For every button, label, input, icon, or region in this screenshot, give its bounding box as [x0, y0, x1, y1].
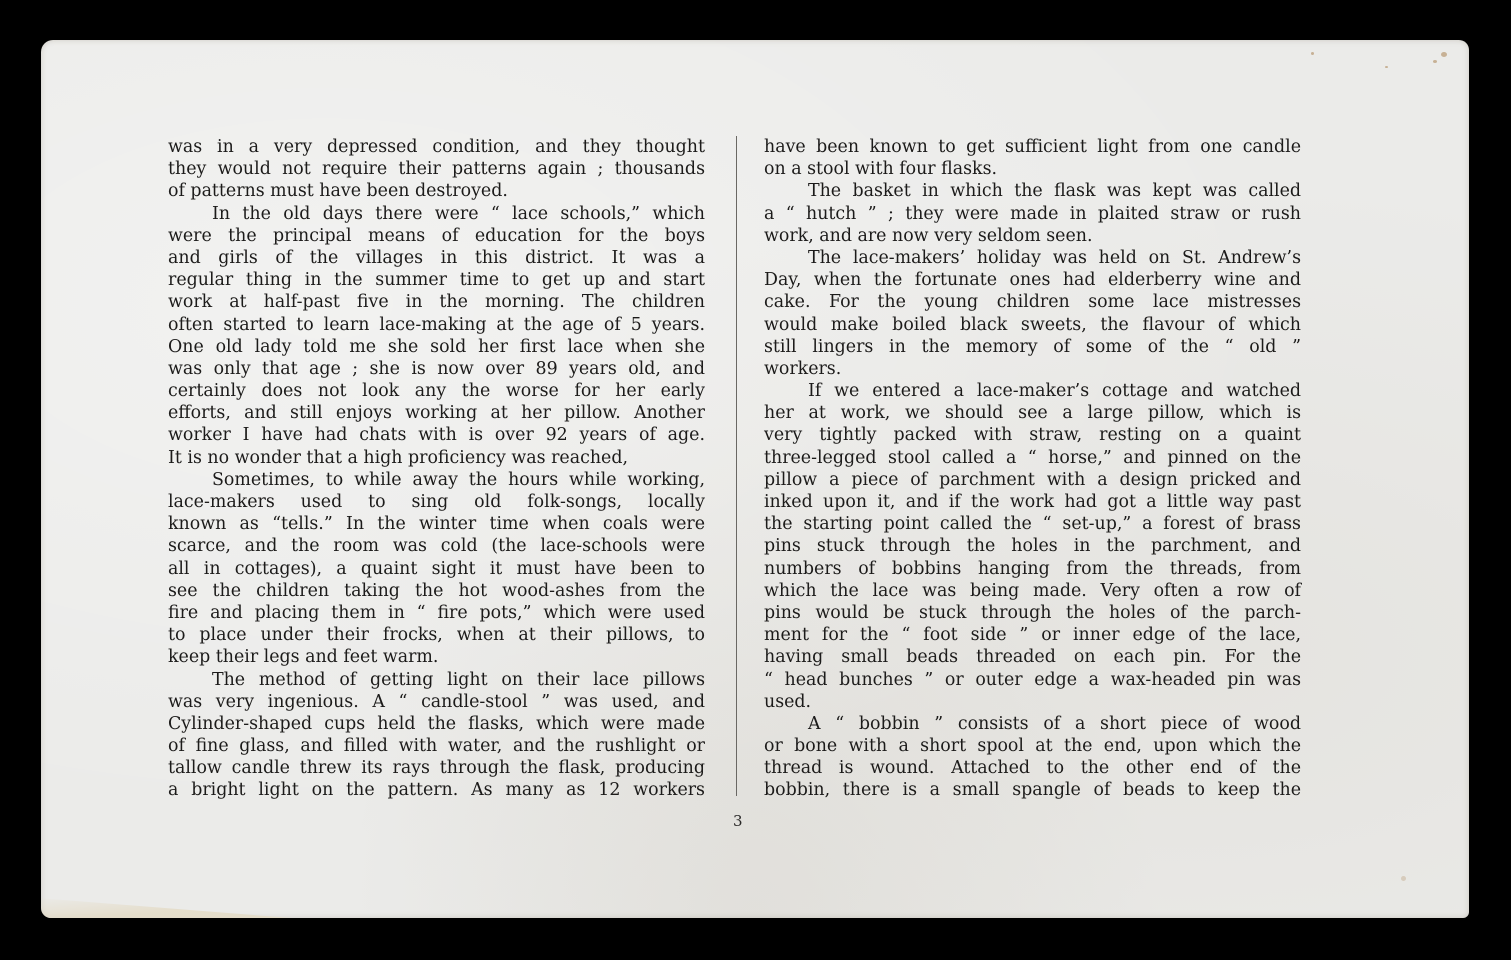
text-line: It is no wonder that a high proficiency … — [168, 447, 705, 469]
text-line: still lingers in the memory of some of t… — [764, 336, 1301, 358]
text-line: regular thing in the summer time to get … — [168, 269, 705, 291]
foxing-spot — [1385, 66, 1388, 68]
text-line: worker I have had chats with is over 92 … — [168, 424, 705, 446]
text-line: all in cottages), a quaint sight it must… — [168, 558, 705, 580]
column-divider — [736, 136, 737, 796]
text-line: her at work, we should see a large pillo… — [764, 402, 1301, 424]
text-line: numbers of bobbins hanging from the thre… — [764, 558, 1301, 580]
text-line: three-legged stool called a “ horse,” an… — [764, 447, 1301, 469]
text-line: The method of getting light on their lac… — [168, 669, 705, 691]
foxing-spot — [1433, 60, 1437, 63]
foxing-spot — [1311, 52, 1314, 55]
text-line: Sometimes, to while away the hours while… — [168, 469, 705, 491]
text-line: was only that age ; she is now over 89 y… — [168, 358, 705, 380]
foxing-spot — [1441, 52, 1447, 57]
text-line: One old lady told me she sold her first … — [168, 336, 705, 358]
text-line: the starting point called the “ set-up,”… — [764, 513, 1301, 535]
text-line: known as “tells.” In the winter time whe… — [168, 513, 705, 535]
text-line: cake. For the young children some lace m… — [764, 291, 1301, 313]
text-line: Cylinder-shaped cups held the flasks, wh… — [168, 713, 705, 735]
left-text-column: was in a very depressed condition, and t… — [168, 136, 705, 802]
text-line: thread is wound. Attached to the other e… — [764, 757, 1301, 779]
text-line: Day, when the fortunate ones had elderbe… — [764, 269, 1301, 291]
text-line: a bright light on the pattern. As many a… — [168, 779, 705, 801]
text-line: used. — [764, 691, 1301, 713]
foxing-spot — [1401, 876, 1406, 881]
text-line: The basket in which the flask was kept w… — [764, 180, 1301, 202]
text-line: on a stool with four flasks. — [764, 158, 1301, 180]
text-line: lace-makers used to sing old folk-songs,… — [168, 491, 705, 513]
text-line: would make boiled black sweets, the flav… — [764, 314, 1301, 336]
text-line: and girls of the villages in this distri… — [168, 247, 705, 269]
text-line: “ head bunches ” or outer edge a wax-hea… — [764, 669, 1301, 691]
text-line: work, and are now very seldom seen. — [764, 225, 1301, 247]
text-line: If we entered a lace-maker’s cottage and… — [764, 380, 1301, 402]
text-line: pins stuck through the holes in the parc… — [764, 535, 1301, 557]
text-line: bobbin, there is a small spangle of bead… — [764, 779, 1301, 801]
text-line: work at half-past five in the morning. T… — [168, 291, 705, 313]
text-line: very tightly packed with straw, resting … — [764, 424, 1301, 446]
text-line: workers. — [764, 358, 1301, 380]
text-line: or bone with a short spool at the end, u… — [764, 735, 1301, 757]
text-line: a “ hutch ” ; they were made in plaited … — [764, 203, 1301, 225]
text-line: was in a very depressed condition, and t… — [168, 136, 705, 158]
text-line: ment for the “ foot side ” or inner edge… — [764, 624, 1301, 646]
text-line: efforts, and still enjoys working at her… — [168, 402, 705, 424]
text-line: have been known to get sufficient light … — [764, 136, 1301, 158]
text-line: scarce, and the room was cold (the lace-… — [168, 535, 705, 557]
text-line: were the principal means of education fo… — [168, 225, 705, 247]
text-line: of patterns must have been destroyed. — [168, 180, 705, 202]
text-line: fire and placing them in “ fire pots,” w… — [168, 602, 705, 624]
text-line: see the children taking the hot wood-ash… — [168, 580, 705, 602]
text-line: which the lace was being made. Very ofte… — [764, 580, 1301, 602]
text-line: certainly does not look any the worse fo… — [168, 380, 705, 402]
text-line: tallow candle threw its rays through the… — [168, 757, 705, 779]
text-line: keep their legs and feet warm. — [168, 646, 705, 668]
text-line: they would not require their patterns ag… — [168, 158, 705, 180]
text-line: The lace-makers’ holiday was held on St.… — [764, 247, 1301, 269]
worn-page-edge — [41, 896, 291, 918]
text-line: of fine glass, and filled with water, an… — [168, 735, 705, 757]
text-line: often started to learn lace-making at th… — [168, 314, 705, 336]
right-text-column: have been known to get sufficient light … — [764, 136, 1301, 802]
text-line: having small beads threaded on each pin.… — [764, 646, 1301, 668]
text-line: pillow a piece of parchment with a desig… — [764, 469, 1301, 491]
text-line: pins would be stuck through the holes of… — [764, 602, 1301, 624]
text-line: to place under their frocks, when at the… — [168, 624, 705, 646]
page-number: 3 — [733, 812, 743, 830]
text-line: was very ingenious. A “ candle-stool ” w… — [168, 691, 705, 713]
text-line: In the old days there were “ lace school… — [168, 203, 705, 225]
text-line: inked upon it, and if the work had got a… — [764, 491, 1301, 513]
text-line: A “ bobbin ” consists of a short piece o… — [764, 713, 1301, 735]
